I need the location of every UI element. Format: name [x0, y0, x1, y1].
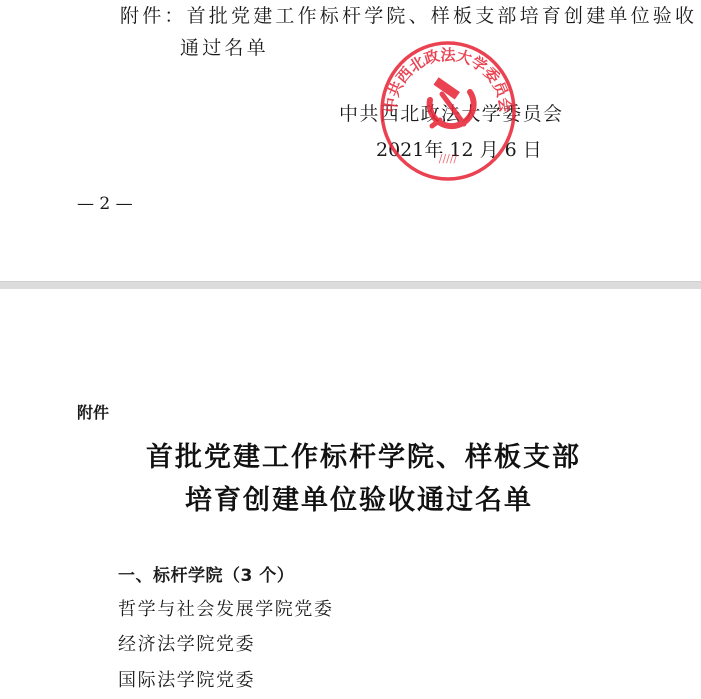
previous-page: 附件：首批党建工作标杆学院、样板支部培育创建单位验收 通过名单 中共西北政法大学… — [0, 0, 701, 281]
attachment-note-line1: 附件：首批党建工作标杆学院、样板支部培育创建单位验收 — [120, 3, 697, 29]
official-seal-icon: 中共西北政法大学委员会 ///// — [378, 40, 518, 182]
page-separator — [0, 281, 701, 289]
section-heading: 一、标杆学院（3 个） — [118, 564, 294, 588]
document-title-line2: 培育创建单位验收通过名单 — [185, 484, 533, 518]
svg-text://///: ///// — [439, 152, 458, 165]
attachment-note-line2: 通过名单 — [180, 35, 269, 61]
list-item: 经济法学院党委 — [118, 633, 255, 657]
hammer-and-sickle-icon — [430, 77, 474, 126]
attachment-page: 附件 首批党建工作标杆学院、样板支部 培育创建单位验收通过名单 一、标杆学院（3… — [0, 289, 701, 699]
list-item: 国际法学院党委 — [118, 669, 255, 693]
annex-label: 附件 — [77, 402, 109, 424]
list-item: 哲学与社会发展学院党委 — [118, 598, 334, 622]
page-number: — 2 — — [77, 193, 133, 215]
document-title-line1: 首批党建工作标杆学院、样板支部 — [146, 441, 581, 475]
